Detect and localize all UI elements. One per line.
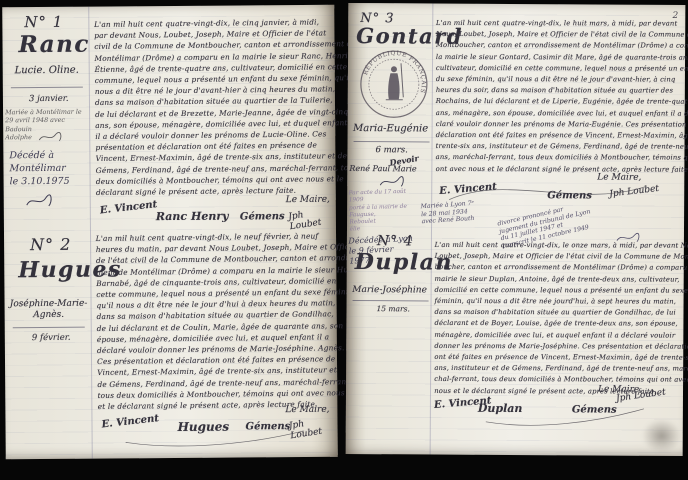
act-number: N° 1 — [24, 13, 63, 31]
text-line: Nous, Loubet, Joseph, Maire et Officier … — [436, 29, 682, 41]
margin-divider — [353, 300, 429, 301]
text-line: boucher, canton et arrondissement de Mon… — [435, 262, 681, 274]
text-line: Loubet, Joseph, Maire et Officier de l'é… — [435, 251, 681, 263]
paraph-flourish — [24, 193, 54, 209]
text-line: ans, maréchal-ferrant, tous deux domicil… — [436, 152, 682, 164]
signature-flourish — [447, 180, 647, 207]
text-line: cultivateur, domicilié en cette commune,… — [436, 63, 682, 75]
entry-date: 9 février. — [32, 333, 71, 343]
entry-date: 15 mars. — [376, 304, 409, 313]
text-line: Montélimar — [9, 162, 69, 175]
mayor-title: Le Maire, — [285, 405, 329, 415]
text-line: ont avec nous et le déclarant signé le p… — [436, 164, 682, 176]
body-text: L'an mil huit cent quatre-vingt-dix, le … — [434, 240, 680, 397]
body-text: L'an mil huit cent quatre-vingt-dix, le … — [96, 230, 336, 412]
margin-divider — [13, 327, 85, 329]
death-margin-note: Décédé àMontélimarle 3.10.1975 — [9, 149, 69, 188]
paraph-flourish — [377, 175, 405, 189]
signature-flourish — [126, 427, 306, 448]
witness-signature: E. Vincent — [99, 199, 157, 216]
text-line: chal-ferrant, tous deux domiciliés à Mon… — [434, 374, 680, 386]
text-line: Mariée à Montélimar le — [5, 108, 91, 117]
margin-rule — [88, 7, 93, 459]
text-line: ans, instituteur et de Gémens, Ferdinand… — [434, 363, 680, 375]
text-line: du sexe féminin, qu'il nous a dit être n… — [436, 74, 682, 86]
text-line: mairie le sieur Duplan, Antoine, âgé de … — [435, 274, 681, 286]
text-line: Décédé à — [9, 149, 69, 162]
text-line: donner les prénoms de Marie-Joséphine. C… — [434, 341, 680, 353]
signature-flourish — [486, 406, 646, 429]
given-names: Marie-Joséphine — [347, 285, 433, 296]
text-line: claré vouloir donner les prénoms de Mari… — [436, 119, 682, 131]
text-line: la mairie le sieur Gontard, Casimir dit … — [436, 52, 682, 64]
text-line: féminin, qu'il nous a dit être née jourd… — [434, 296, 680, 308]
act-number: N° 2 — [30, 235, 71, 254]
register-page-right: 2 N° 3 Gontard RÉPUBLIQUE FRANÇAISE Mari… — [346, 3, 686, 456]
official-seal: RÉPUBLIQUE FRANÇAISE — [357, 47, 431, 121]
margin-note-name: René Paul Marie — [349, 164, 416, 173]
declarant-signature: Ranc Henry — [156, 210, 229, 224]
mayor-signature: Jph Loubet — [288, 206, 337, 233]
text-line: ménagère, domiciliée avec lui, et auquel… — [434, 330, 680, 342]
entry-date: 6 mars. — [375, 145, 407, 155]
act-number: N° 4 — [377, 233, 414, 249]
mayor-title: Le Maire, — [286, 195, 330, 205]
text-line: le 3.10.1975 — [10, 175, 70, 188]
witness-signature: Gémens — [240, 211, 285, 222]
ink-stain — [642, 419, 682, 453]
text-line: dans sa maison d'habitation située au qu… — [434, 307, 680, 319]
text-line: L'an mil huit cent quatre-vingt-dix, le … — [435, 240, 681, 252]
given-names: Maria-Eugénie — [348, 123, 434, 135]
given-names: Lucie. Oline. — [7, 65, 87, 77]
text-line: heures du soir, dans sa maison d'habitat… — [436, 85, 682, 97]
body-text: L'an mil huit cent quatre-vingt-dix, le … — [436, 18, 682, 175]
entry-date: 3 janvier. — [29, 94, 69, 104]
text-line: domicilié en cette commune, lequel nous … — [435, 285, 681, 297]
register-page-left: N° 1 Ranc Lucie. Oline. 3 janvier. Marié… — [2, 5, 338, 460]
surname-header: Ranc — [18, 31, 89, 59]
text-line: déclarant et de Boyer, Louise, âgée de t… — [434, 318, 680, 330]
given-names: Agnès. — [7, 310, 91, 321]
text-line: Montboucher, canton et arrondissement de… — [436, 40, 682, 52]
text-line: ont été faites en présence de Vincent, E… — [434, 352, 680, 364]
register-scan: N° 1 Ranc Lucie. Oline. 3 janvier. Marié… — [0, 0, 688, 480]
text-line: ans, ménagère, son épouse, domiciliée av… — [436, 108, 682, 120]
text-line: L'an mil huit cent quatre-vingt-dix, le … — [436, 18, 682, 30]
text-line: déclaration ont été faites en présence d… — [436, 130, 682, 142]
marriage-diagonal-note: Mariée à Lyon 7ᵉle 28 mai 1934avec René … — [420, 200, 475, 226]
marianne-figure — [386, 63, 404, 100]
text-line: Rochains, de lui déclarant et de Liperie… — [436, 96, 682, 108]
paraph-flourish — [37, 131, 63, 143]
text-line: trente-six ans, instituteur et de Gémens… — [436, 141, 682, 153]
margin-divider — [354, 141, 430, 142]
given-names: Joséphine-Marie- — [7, 299, 91, 310]
margin-divider — [11, 87, 83, 89]
body-text: L'an mil huit cent quatre-vingt-dix, le … — [94, 16, 334, 198]
